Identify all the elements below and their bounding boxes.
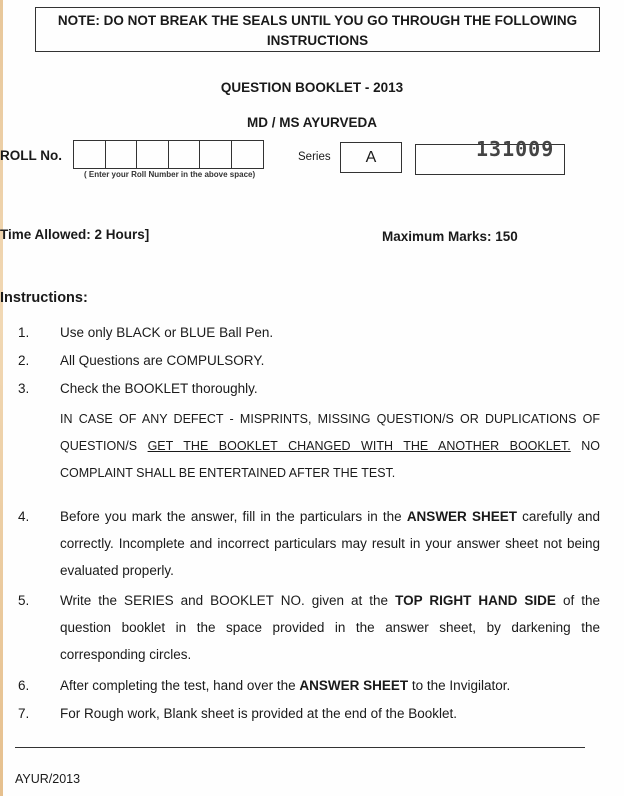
time-allowed: Time Allowed: 2 Hours] [0,227,149,242]
roll-digit-box[interactable] [137,141,169,168]
roll-digit-box[interactable] [106,141,138,168]
instruction-text: Before you mark the answer, fill in the … [60,503,600,584]
roll-number-label: ROLL No. [0,148,62,163]
booklet-number-stamp: 131009 [476,137,554,161]
note-line-2: INSTRUCTIONS [36,31,599,51]
instruction-text: Check the BOOKLET thoroughly. [60,375,600,402]
maximum-marks: Maximum Marks: 150 [382,229,518,244]
seal-note-box: NOTE: DO NOT BREAK THE SEALS UNTIL YOU G… [35,7,600,52]
roll-digit-box[interactable] [232,141,264,168]
instruction-defect-text: IN CASE OF ANY DEFECT - MISPRINTS, MISSI… [60,406,600,487]
instruction-number: 4. [18,503,29,530]
roll-number-hint: ( Enter your Roll Number in the above sp… [84,170,255,179]
instruction-text: Write the SERIES and BOOKLET NO. given a… [60,587,600,668]
instruction-number: 2. [18,347,29,374]
instruction-text: Use only BLACK or BLUE Ball Pen. [60,319,600,346]
roll-digit-box[interactable] [74,141,106,168]
instruction-number: 1. [18,319,29,346]
instruction-number: 5. [18,587,29,614]
roll-digit-box[interactable] [169,141,201,168]
roll-number-boxes[interactable] [73,140,264,169]
series-box: A [340,142,402,173]
instructions-heading: Instructions: [0,290,88,306]
footer-code: AYUR/2013 [15,772,80,786]
instruction-number: 6. [18,672,29,699]
instruction-text: All Questions are COMPULSORY. [60,347,600,374]
instruction-number: 3. [18,375,29,402]
roll-digit-box[interactable] [200,141,232,168]
instruction-text: For Rough work, Blank sheet is provided … [60,700,600,727]
booklet-title: QUESTION BOOKLET - 2013 [0,80,624,95]
series-label: Series [298,151,331,163]
instruction-text: After completing the test, hand over the… [60,672,600,699]
divider-line [15,747,585,748]
note-line-1: NOTE: DO NOT BREAK THE SEALS UNTIL YOU G… [36,11,599,31]
instruction-number: 7. [18,700,29,727]
course-subtitle: MD / MS AYURVEDA [0,115,624,130]
underlined-directive: GET THE BOOKLET CHANGED WITH THE ANOTHER… [148,439,571,453]
